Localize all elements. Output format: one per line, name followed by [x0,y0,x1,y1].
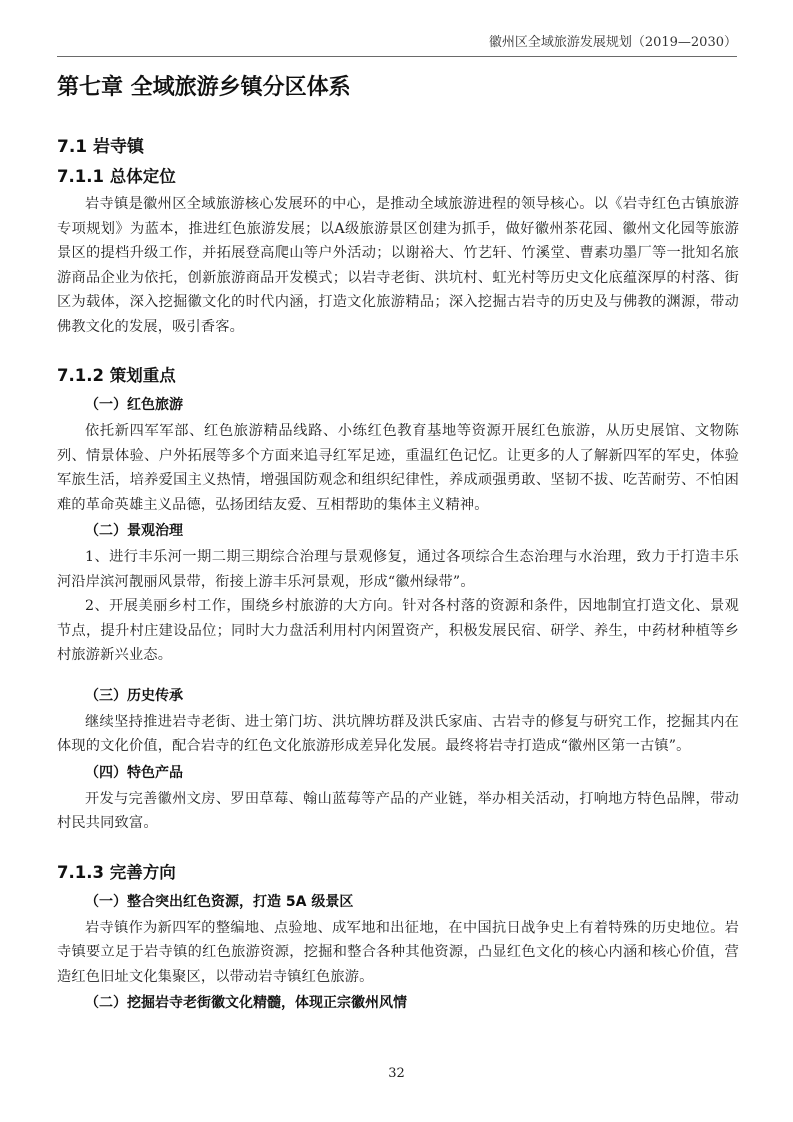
paragraph: 依托新四军军部、红色旅游精品线路、小练红色教育基地等资源开展红色旅游，从历史展馆… [57,419,739,517]
chapter-title: 第七章 全域旅游乡镇分区体系 [57,68,739,108]
page-number: 32 [0,1066,793,1081]
item-title-specialty-products: （四）特色产品 [57,759,739,787]
paragraph: 2、开展美丽乡村工作，围绕乡村旅游的大方向。针对各村落的资源和条件，因地制宜打造… [57,594,739,668]
paragraph: 继续坚持推进岩寺老街、进士第门坊、洪坑牌坊群及洪氏家庙、古岩寺的修复与研究工作，… [57,710,739,759]
subsection-title-planning-focus: 7.1.2 策划重点 [57,361,739,391]
paragraph: 开发与完善徽州文房、罗田草莓、翰山蓝莓等产品的产业链，举办相关活动，打响地方特色… [57,787,739,836]
paragraph: 岩寺镇是徽州区全域旅游核心发展环的中心，是推动全域旅游进程的领导核心。以《岩寺红… [57,192,739,339]
page-content: 第七章 全域旅游乡镇分区体系 7.1 岩寺镇 7.1.1 总体定位 岩寺镇是徽州… [57,68,739,1017]
running-header: 徽州区全域旅游发展规划（2019—2030） [57,30,737,57]
item-title-red-resources: （一）整合突出红色资源，打造 5A 级景区 [57,888,739,916]
running-header-title: 徽州区全域旅游发展规划（2019—2030） [489,35,737,50]
subsection-title-overall-positioning: 7.1.1 总体定位 [57,162,739,192]
item-title-landscape-governance: （二）景观治理 [57,517,739,545]
paragraph: 岩寺镇作为新四军的整编地、点验地、成军地和出征地，在中国抗日战争史上有着特殊的历… [57,916,739,990]
item-title-heritage: （三）历史传承 [57,682,739,710]
item-title-red-tourism: （一）红色旅游 [57,391,739,419]
item-title-old-street-culture: （二）挖掘岩寺老街徽文化精髓，体现正宗徽州风情 [57,989,739,1017]
paragraph: 1、进行丰乐河一期二期三期综合治理与景观修复，通过各项综合生态治理与水治理，致力… [57,545,739,594]
subsection-title-improvement-direction: 7.1.3 完善方向 [57,858,739,888]
section-title: 7.1 岩寺镇 [57,132,739,162]
